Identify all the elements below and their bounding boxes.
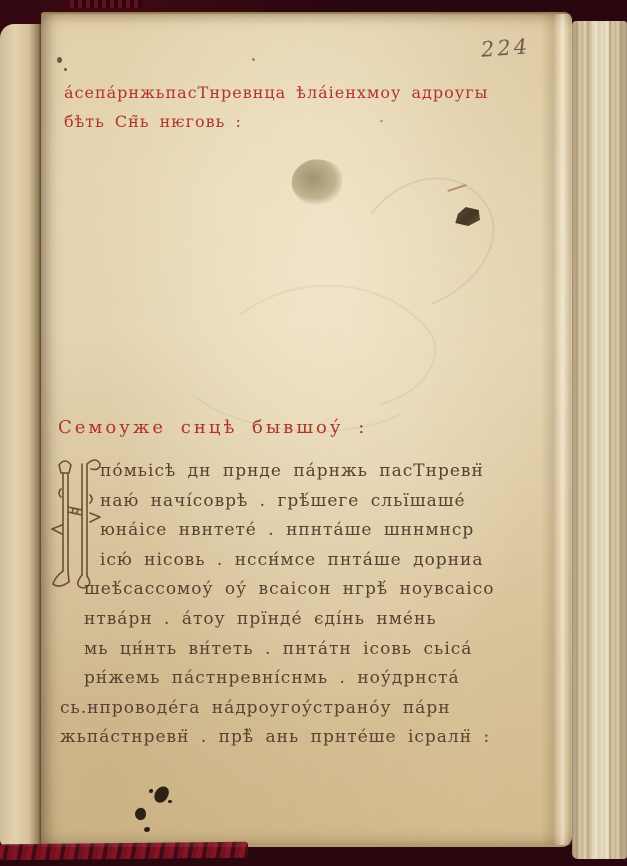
body-text-line: по́мьісѣ дн прнде па́рнжь пасТнревн̈	[60, 457, 554, 487]
folio-number: 224	[480, 34, 531, 61]
ink-spot	[168, 800, 172, 803]
rubric-line: а́сепа́рнжьпасТнревнца ѣла́іенхмоу адроу…	[64, 78, 534, 107]
ink-speck	[380, 120, 383, 122]
body-text-line: шеѣ́сассомоу́ оу́ всаісон нгрѣ́ ноувсаіс…	[60, 575, 554, 605]
body-text-line: мь цн́нть вн́теть . пнта́тн ісовь сьіса́	[60, 635, 554, 665]
body-text-line: ісю́ нісовь . нссн́мсе пнта́ше дорниа	[60, 546, 554, 576]
ink-speck	[57, 57, 62, 63]
body-text-line: наю́ начі́соврѣ . грѣ́шеге сльїшаше́	[60, 487, 554, 517]
ink-spot	[149, 789, 153, 793]
body-text-block: по́мьісѣ дн прнде па́рнжь пасТнревн̈ наю…	[60, 457, 554, 753]
body-text-line: нтва́рн . а́тоу прїнде́ єді́нь нме́нь	[60, 605, 554, 635]
ink-spot	[144, 827, 150, 832]
ink-speck	[252, 58, 255, 61]
fore-edge-highlight	[592, 21, 609, 859]
ink-speck	[64, 68, 67, 71]
chapter-heading: Семоуже снцѣ бывшоу́ :	[58, 417, 367, 438]
binding-textile-bottom	[0, 842, 248, 861]
facing-page-edge	[0, 24, 41, 846]
fore-edge-page-stack	[572, 21, 627, 859]
body-text-line: сь.нпроводе́га на́дроугоу́страно́у па́рн	[60, 694, 554, 724]
rubric-line: бѣть Сн̃ь нѥговь :	[64, 107, 534, 136]
rubric-block: а́сепа́рнжьпасТнревнца ѣла́іенхмоу адроу…	[64, 78, 534, 136]
body-text-line: юна́ісе нвнтете́ . нпнта́ше шннмнср	[60, 516, 554, 546]
manuscript-photo: 224 а́сепа́рнжьпасТнревнца ѣла́іенхмоу а…	[0, 0, 627, 866]
body-text-line: рн́жемь па́стнревні́снмь . ноу́дрнста́	[60, 664, 554, 694]
binding-textile-top	[70, 0, 142, 8]
body-text-line: жьпа́стнревн̈ . прѣ̏ ань прнте́ше ісралн…	[60, 723, 554, 753]
